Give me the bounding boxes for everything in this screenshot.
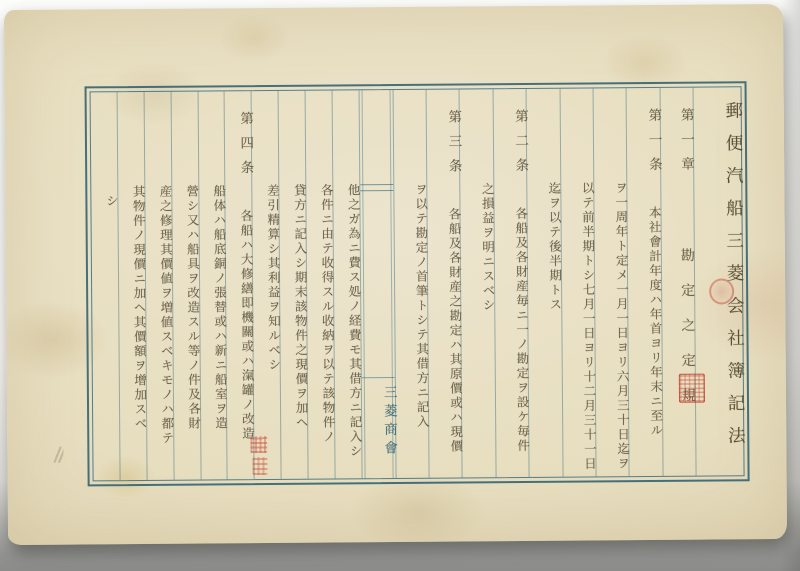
column-11-body: 他之ガ為ニ費ス処ノ経費モ其借方ニ記入シ	[332, 90, 362, 478]
scanned-document-photo: 郵便汽船三菱会社簿記法第一章勘定之定規第一条本社會計年度ハ年首ヨリ年末ニ至ルヲ一…	[0, 0, 800, 571]
publisher-fold-label: 三菱商會	[381, 385, 398, 459]
column-text: 各船及各財産毎ニ一ノ勘定ヲ設ケ毎件	[514, 206, 531, 453]
column-text: 營シ又ハ船具ヲ改造スル等ノ件及各財	[185, 185, 202, 432]
section-heading: 第三条	[445, 109, 462, 183]
column-10-fold: 三菱商會	[359, 90, 396, 478]
column-17-body: 營シ又ハ船具ヲ改造スル等ノ件及各財	[171, 92, 201, 480]
column-text: シ	[104, 194, 119, 209]
column-2-article: 第一条本社會計年度ハ年首ヨリ年末ニ至ル	[627, 88, 663, 476]
fold-divider-box	[360, 184, 393, 191]
column-text: 船体ハ船底銅ノ張替或ハ新ニ船室ヲ造	[212, 184, 229, 431]
column-text: 以テ前半期トシ七月一日ヨリ十二月三十一日	[580, 181, 597, 471]
manuscript-paper: 郵便汽船三菱会社簿記法第一章勘定之定規第一条本社會計年度ハ年首ヨリ年末ニ至ルヲ一…	[4, 4, 787, 545]
column-7-body: 之損益ヲ明ニスベシ	[460, 89, 496, 477]
section-heading: 第一条	[645, 108, 662, 182]
column-13-body: 貸方ニ記入シ期末該物件之現價ヲ加ヘ	[279, 91, 309, 479]
column-text: 産之修理其價値ヲ増値スベキモノハ都テ	[158, 185, 175, 446]
column-1-chapter: 第一章勘定之定規	[660, 88, 696, 476]
column-9-body: ヲ以テ勘定ノ首筆トシテ其借方ニ記入	[393, 90, 429, 478]
column-0-title: 郵便汽船三菱会社簿記法	[694, 87, 744, 475]
document-title: 郵便汽船三菱会社簿記法	[723, 101, 746, 459]
section-heading: 第二条	[512, 109, 529, 183]
column-text: 各船ハ大修繕即機關或ハ滊罐ノ改造	[239, 209, 256, 441]
column-text: 本社會計年度ハ年首ヨリ年末ニ至ル	[647, 205, 664, 437]
column-text: 各件ニ由テ收得スル收納ヲ以テ該物件ノ	[319, 183, 336, 444]
column-16-body: 船体ハ船底銅ノ張替或ハ新ニ船室ヲ造	[198, 91, 228, 479]
column-14-body: 差引精算シ其利益ヲ知ルベシ	[252, 91, 282, 479]
column-4-body: 以テ前半期トシ七月一日ヨリ十二月三十一日	[560, 88, 596, 476]
column-3-body: ヲ一周年ト定メ一月一日ヨリ六月三十日迄ヲ	[593, 88, 629, 476]
column-18-body: 産之修理其價値ヲ増値スベキモノハ都テ	[144, 92, 174, 480]
section-heading: 第四条	[237, 111, 254, 185]
column-text: 之損益ヲ明ニスベシ	[480, 182, 496, 313]
column-text: 勘定之定規	[679, 247, 696, 422]
column-text: 各船及各財産之勘定ハ其原價或ハ現價	[447, 207, 464, 454]
column-text: 迄ヲ以テ後半期トス	[547, 182, 563, 313]
column-text: ヲ一周年ト定メ一月一日ヨリ六月三十日迄ヲ	[614, 181, 631, 471]
column-text: 其物件ノ現價ニ加ヘ其價額ヲ增加スベ	[131, 185, 148, 432]
text-columns-area: 郵便汽船三菱会社簿記法第一章勘定之定規第一条本社會計年度ハ年首ヨリ年末ニ至ルヲ一…	[90, 86, 745, 481]
column-8-article: 第三条各船及各財産之勘定ハ其原價或ハ現價	[427, 89, 463, 477]
column-text: 貸方ニ記入シ期末該物件之現價ヲ加ヘ	[292, 184, 309, 431]
column-15-article: 第四条各船ハ大修繕即機關或ハ滊罐ノ改造	[225, 91, 255, 479]
column-12-body: 各件ニ由テ收得スル收納ヲ以テ該物件ノ	[306, 90, 336, 478]
column-text: 他之ガ為ニ費ス処ノ経費モ其借方ニ記入シ	[346, 183, 363, 459]
section-heading: 第一章	[678, 108, 695, 182]
margin-mark	[53, 447, 63, 463]
column-5-body: 迄ヲ以テ後半期トス	[527, 89, 563, 477]
column-text: 差引精算シ其利益ヲ知ルベシ	[265, 184, 281, 373]
column-19-body: 其物件ノ現價ニ加ヘ其價額ヲ增加スベ	[117, 92, 147, 480]
column-20-body: シ	[91, 92, 121, 480]
fold-divider-line	[362, 377, 395, 378]
ruled-border-frame: 郵便汽船三菱会社簿記法第一章勘定之定規第一条本社會計年度ハ年首ヨリ年末ニ至ルヲ一…	[85, 81, 750, 486]
column-6-article: 第二条各船及各財産毎ニ一ノ勘定ヲ設ケ毎件	[493, 89, 529, 477]
column-text: ヲ以テ勘定ノ首筆トシテ其借方ニ記入	[413, 183, 430, 430]
